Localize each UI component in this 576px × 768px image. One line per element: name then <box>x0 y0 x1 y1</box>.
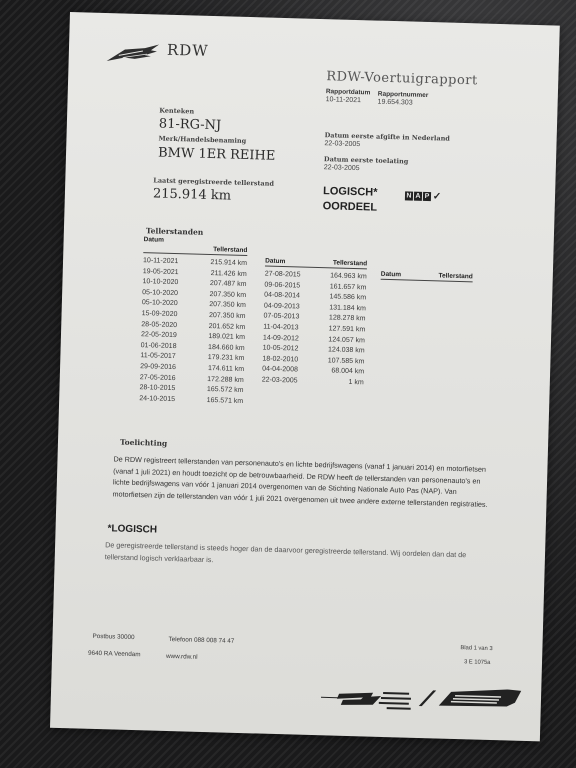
logisch-text: De geregistreerde tellerstand is steeds … <box>105 539 491 573</box>
rdw-logo-icon <box>105 41 162 65</box>
col-date-header: Datum <box>143 236 164 252</box>
report-date-label: Rapportdatum <box>326 88 371 96</box>
col-reading-header: Tellerstand <box>333 259 367 267</box>
footer-city: 9640 RA Veendam <box>88 650 141 658</box>
explanation-text: De RDW registreert tellerstanden van per… <box>112 453 491 510</box>
nap-letter-p: P <box>423 192 431 201</box>
report-number-label: Rapportnummer <box>378 91 429 99</box>
nap-letter-a: A <box>414 192 422 201</box>
footer-phone: Telefoon 088 008 74 47 <box>168 636 234 645</box>
rdw-stripe-logo-icon <box>321 681 532 715</box>
footer-page-number: Blad 1 van 3 <box>460 645 492 652</box>
odometer-table-col-2: Datum Tellerstand 27-08-2015164.963 km09… <box>262 258 368 389</box>
first-issue-nl-date: 22-03-2005 <box>324 140 360 148</box>
make-label: Merk/Handelsbenaming <box>158 135 246 145</box>
rdw-vehicle-report-page: RDW RDW-Voertuigrapport Rapportdatum 10-… <box>50 12 560 741</box>
table-row: 22-03-20051 km <box>262 375 364 388</box>
col-date-header: Datum <box>265 258 285 266</box>
brand-name: RDW <box>167 41 209 60</box>
report-date: 10-11-2021 <box>326 96 361 104</box>
table-row: 24-10-2015165.571 km <box>139 394 243 407</box>
verdict: LOGISCH* OORDEEL <box>322 184 377 216</box>
verdict-oordeel: OORDEEL <box>322 199 377 216</box>
last-odometer-value: 215.914 km <box>153 186 231 203</box>
table-header: Datum Tellerstand <box>381 271 473 283</box>
reading-value: 68.004 km <box>331 367 364 379</box>
explanation-title: Toelichting <box>120 438 167 448</box>
license-plate: 81-RG-NJ <box>159 117 222 134</box>
footer-website[interactable]: www.rdw.nl <box>166 653 198 661</box>
reading-value: 1 km <box>348 378 363 389</box>
first-admission-date: 22-03-2005 <box>324 164 360 172</box>
nap-logo: N A P ✓ <box>405 191 442 201</box>
plate-label: Kenteken <box>159 107 194 116</box>
odometer-table-col-1: Datum Tellerstand 10-11-2021215.914 km19… <box>139 236 248 407</box>
reading-value: 165.571 km <box>206 396 243 408</box>
col-reading-header: Tellerstand <box>438 272 472 280</box>
checkmark-icon: ✓ <box>432 192 442 201</box>
nap-letter-n: N <box>405 191 413 200</box>
reading-date: 22-03-2005 <box>262 375 298 387</box>
odometer-section-title: Tellerstanden <box>146 226 204 237</box>
table-header: Datum Tellerstand <box>265 258 367 270</box>
vehicle-make: BMW 1ER REIHE <box>158 146 276 164</box>
table-header: Datum Tellerstand <box>143 236 247 256</box>
footer-code: 3 E 1075a <box>464 659 491 666</box>
odometer-table-col-3: Datum Tellerstand <box>381 271 473 286</box>
reading-date: 24-10-2015 <box>139 394 175 406</box>
col-reading-header: Tellerstand <box>213 238 248 254</box>
col-date-header: Datum <box>381 271 401 279</box>
verdict-logisch: LOGISCH* <box>323 184 378 201</box>
report-title: RDW-Voertuigrapport <box>326 69 478 88</box>
logisch-title: *LOGISCH <box>107 523 157 535</box>
report-number: 19.654.303 <box>378 99 413 107</box>
footer-postbus: Postbus 30000 <box>92 633 134 641</box>
